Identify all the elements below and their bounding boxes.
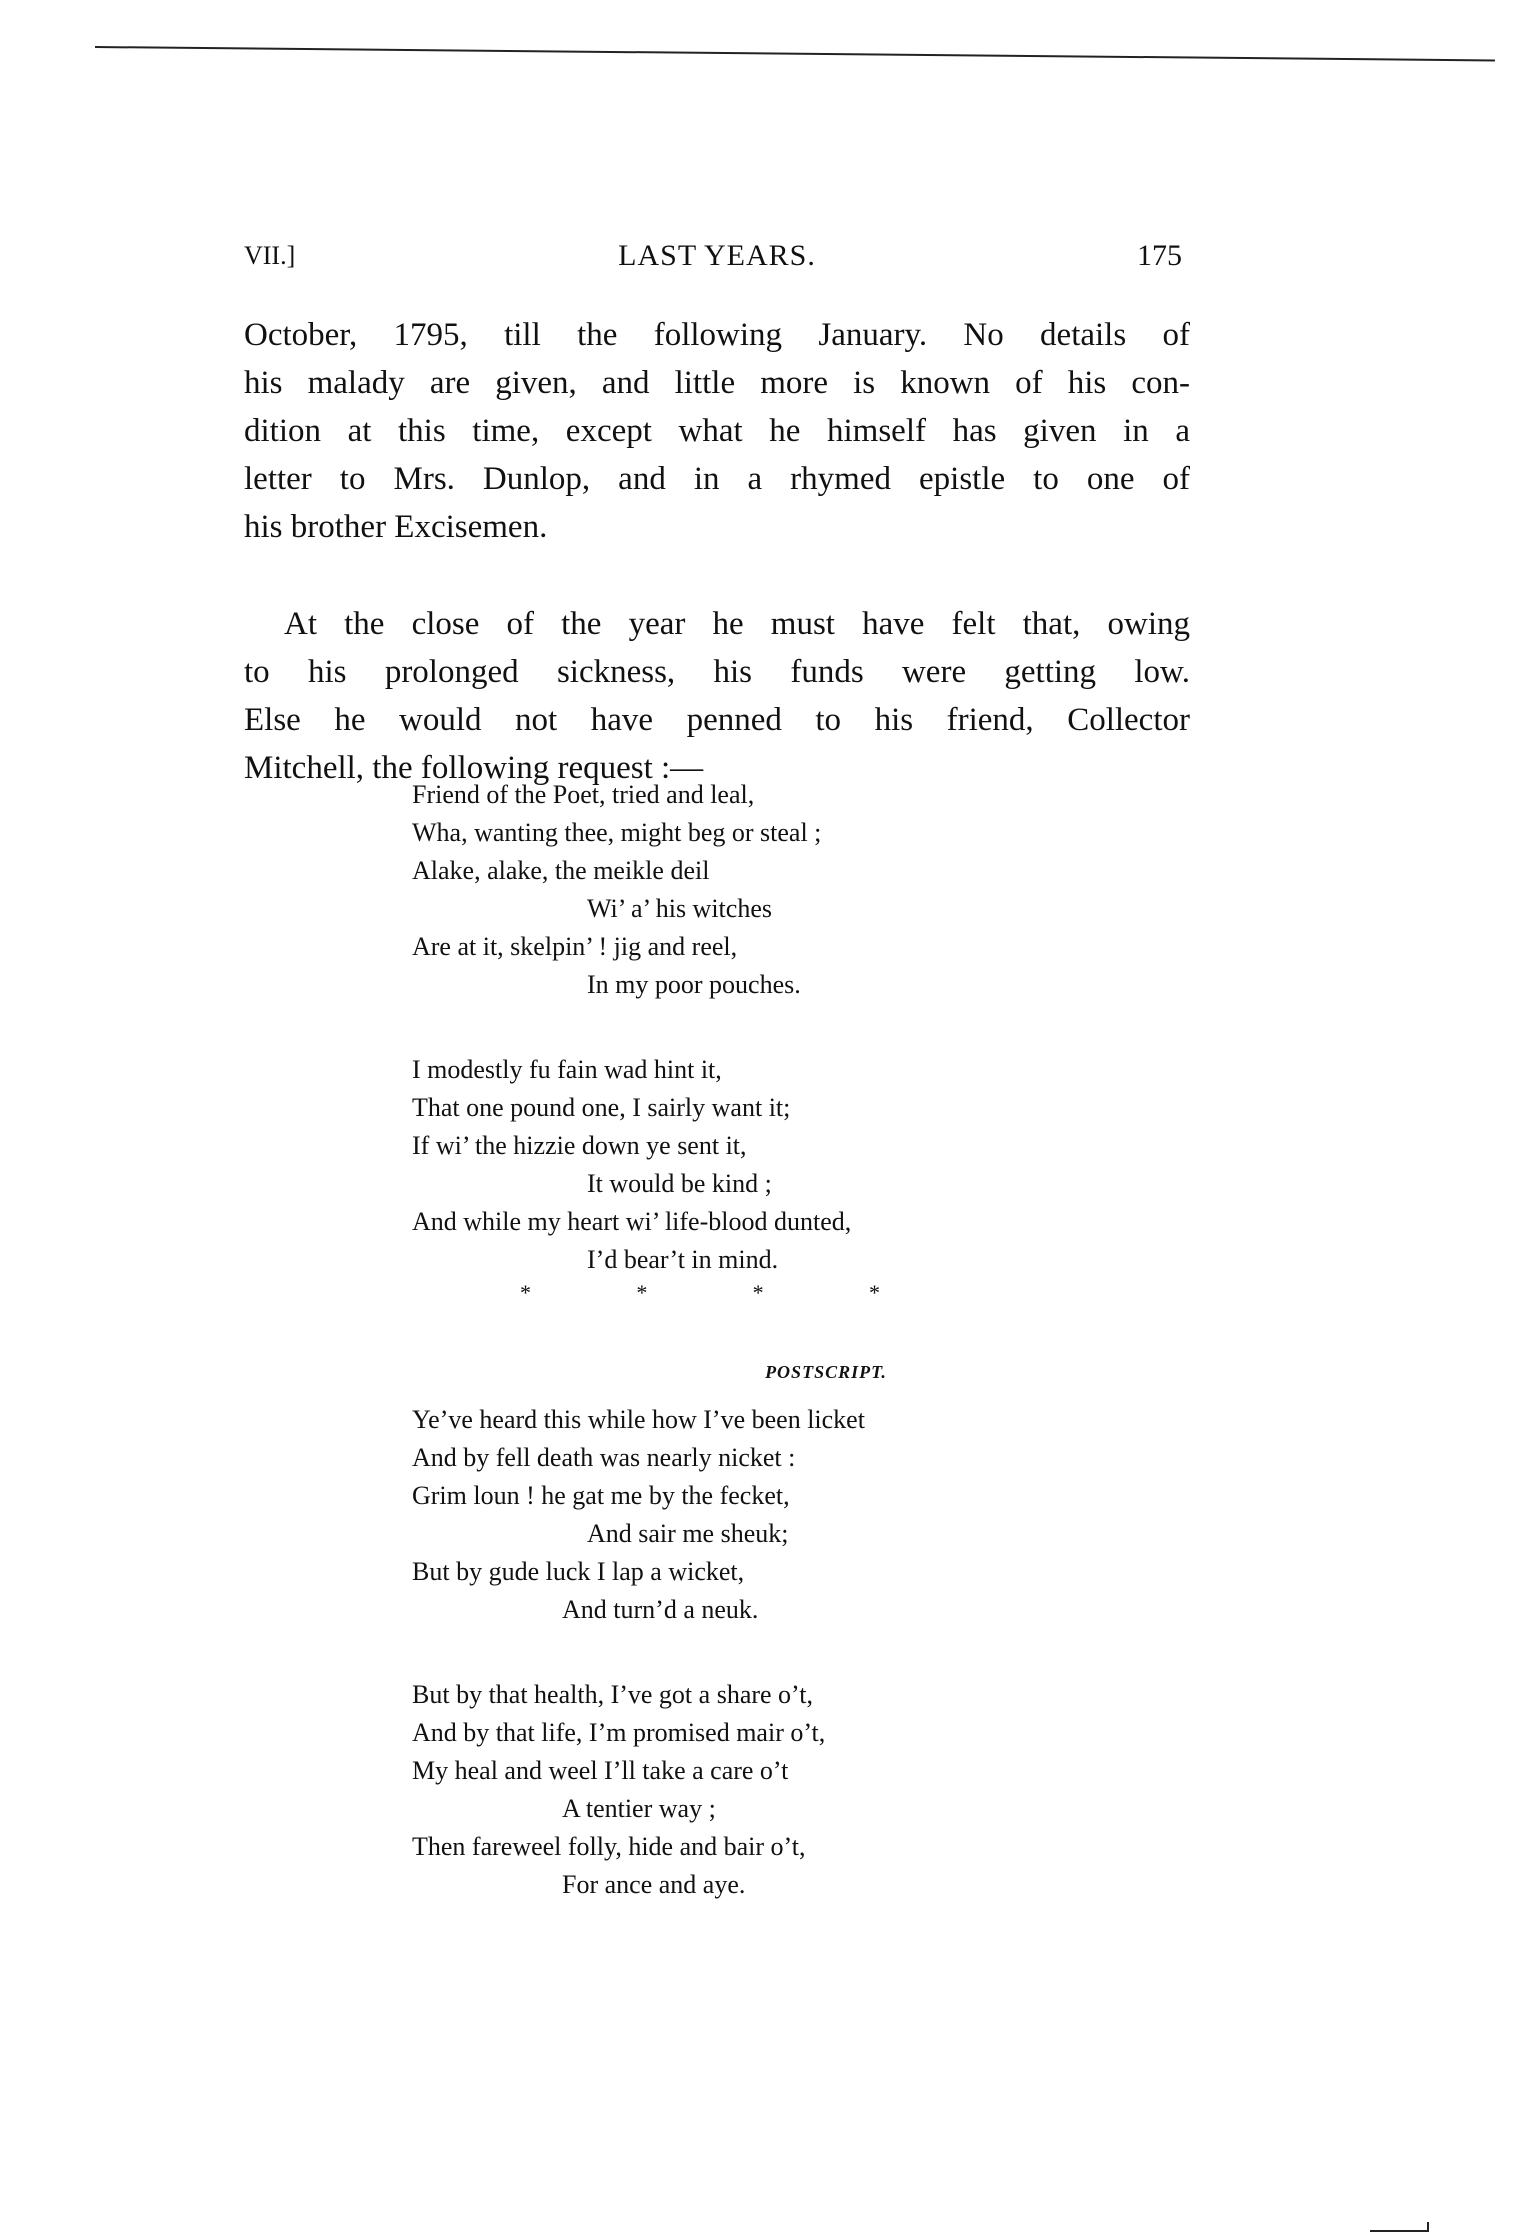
page-title: LAST YEARS. xyxy=(244,236,1190,276)
verse-line: And sair me sheuk; xyxy=(412,1515,865,1553)
verse-line: But by that health, I’ve got a share o’t… xyxy=(412,1676,825,1714)
verse-line: A tentier way ; xyxy=(412,1790,825,1828)
section-separator: * * * * xyxy=(520,1280,880,1306)
text-line: dition at this time, except what he hims… xyxy=(244,407,1190,455)
verse-line: Are at it, skelpin’ ! jig and reel, xyxy=(412,928,821,966)
paragraph-2: At the close of the year he must have fe… xyxy=(244,600,1190,792)
verse-line: I modestly fu fain wad hint it, xyxy=(412,1051,851,1089)
verse-line: And while my heart wi’ life-blood dunted… xyxy=(412,1203,851,1241)
verse-line: Then fareweel folly, hide and bair o’t, xyxy=(412,1828,825,1866)
scan-corner-tick xyxy=(1427,2222,1429,2232)
poem-stanza-4: But by that health, I’ve got a share o’t… xyxy=(412,1676,825,1904)
asterisk-icon: * xyxy=(636,1280,647,1306)
running-head: VII.] LAST YEARS. 175 xyxy=(244,236,1190,276)
asterisk-icon: * xyxy=(753,1280,764,1306)
text-line: October, 1795, till the following Januar… xyxy=(244,311,1190,359)
verse-line: In my poor pouches. xyxy=(412,966,821,1004)
verse-line: If wi’ the hizzie down ye sent it, xyxy=(412,1127,851,1165)
verse-line: But by gude luck I lap a wicket, xyxy=(412,1553,865,1591)
text-line: letter to Mrs. Dunlop, and in a rhymed e… xyxy=(244,455,1190,503)
verse-line: Ye’ve heard this while how I’ve been lic… xyxy=(412,1401,865,1439)
asterisk-icon: * xyxy=(520,1280,531,1306)
verse-line: And by fell death was nearly nicket : xyxy=(412,1439,865,1477)
text-line: his malady are given, and little more is… xyxy=(244,359,1190,407)
verse-line: Wha, wanting thee, might beg or steal ; xyxy=(412,814,821,852)
top-rule-line xyxy=(95,46,1495,61)
paragraph-1: October, 1795, till the following Januar… xyxy=(244,311,1190,551)
text-line: to his prolonged sickness, his funds wer… xyxy=(244,648,1190,696)
verse-line: Alake, alake, the meikle deil xyxy=(412,852,821,890)
verse-line: It would be kind ; xyxy=(412,1165,851,1203)
text-line: At the close of the year he must have fe… xyxy=(244,600,1190,648)
verse-line: I’d bear’t in mind. xyxy=(412,1241,851,1279)
text-line: his brother Excisemen. xyxy=(244,503,1190,551)
poem-stanza-1: Friend of the Poet, tried and leal, Wha,… xyxy=(412,776,821,1004)
text-line: Else he would not have penned to his fri… xyxy=(244,696,1190,744)
verse-line: And turn’d a neuk. xyxy=(412,1591,865,1629)
poem-stanza-2: I modestly fu fain wad hint it, That one… xyxy=(412,1051,851,1279)
scan-corner-mark xyxy=(1370,2230,1428,2232)
poem-stanza-3: Ye’ve heard this while how I’ve been lic… xyxy=(412,1401,865,1629)
verse-line: And by that life, I’m promised mair o’t, xyxy=(412,1714,825,1752)
verse-line: My heal and weel I’ll take a care o’t xyxy=(412,1752,825,1790)
postscript-heading: POSTSCRIPT. xyxy=(0,1362,1522,1383)
asterisk-icon: * xyxy=(869,1280,880,1306)
verse-line: That one pound one, I sairly want it; xyxy=(412,1089,851,1127)
verse-line: For ance and aye. xyxy=(412,1866,825,1904)
verse-line: Wi’ a’ his witches xyxy=(412,890,821,928)
page-number: 175 xyxy=(1137,236,1182,276)
verse-line: Grim loun ! he gat me by the fecket, xyxy=(412,1477,865,1515)
verse-line: Friend of the Poet, tried and leal, xyxy=(412,776,821,814)
